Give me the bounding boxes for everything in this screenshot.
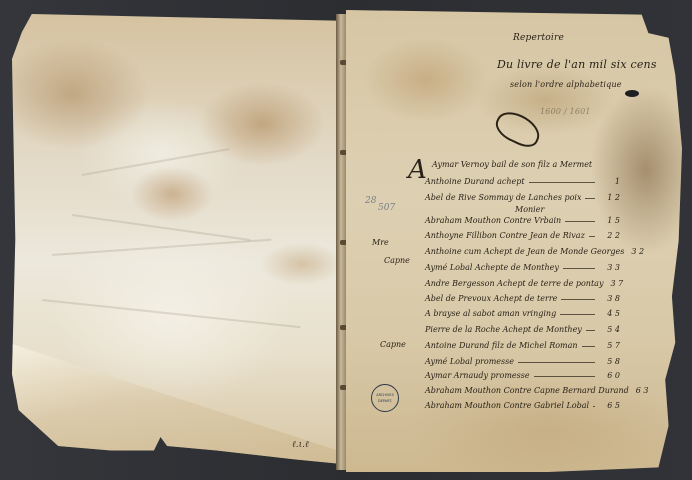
- crease: [52, 239, 272, 256]
- crease: [42, 299, 301, 328]
- register-entry: Pierre de la Roche Achept de Monthey5 4: [425, 320, 620, 334]
- faint-year-marks: 1600 / 1601: [540, 107, 591, 116]
- margin-note: Mre: [372, 238, 389, 247]
- margin-note: Capne: [384, 256, 410, 265]
- register-entry: Aymar Arnaudy promesse6 0: [425, 366, 620, 380]
- crease: [72, 214, 251, 241]
- pencil-note: 507: [378, 203, 395, 213]
- heading-alphabetical-order: selon l'ordre alphabetique: [510, 80, 622, 89]
- crease: [82, 148, 230, 176]
- pen-marks: ℓ.ι.ℓ: [292, 439, 309, 450]
- register-entry: Abraham Mouthon Contre Gabriel Lobal6 5: [425, 396, 620, 410]
- margin-note: Capne: [380, 340, 406, 349]
- left-page: ℓ.ι.ℓ: [12, 14, 342, 464]
- register-entry: Anthoine Durand achept1: [425, 172, 620, 186]
- register-entry: Abel de Prevoux Achept de terre3 8: [425, 289, 620, 303]
- register-entry: Andre Bergesson Achept de terre de ponta…: [425, 274, 620, 288]
- heading-repertoire: Repertoire: [513, 33, 564, 43]
- decorated-initial: A: [408, 155, 427, 185]
- register-entry: Anthoyne Fillibon Contre Jean de Rivaz2 …: [425, 226, 620, 240]
- register-entry: Abraham Mouthon Contre Capne Bernard Dur…: [425, 381, 620, 395]
- page-hole: [625, 90, 639, 97]
- register-entry: Aymé Lobal promesse5 8: [425, 352, 620, 366]
- register-entry: Antoine Durand filz de Michel Roman5 7: [425, 336, 620, 350]
- register-entry: A brayse al sabot aman vringing4 5: [425, 304, 620, 318]
- register-entry: Aymé Lobal Achepte de Monthey3 3: [425, 258, 620, 272]
- pencil-note: 28: [365, 196, 376, 206]
- heading-book-year: Du livre de l'an mil six cens: [497, 58, 657, 71]
- register-entry: Anthoine cum Achept de Jean de Monde Geo…: [425, 242, 620, 256]
- register-entry: Aymar Vernoy bail de son filz a Mermet: [432, 155, 632, 169]
- archive-stamp: ARCHIVES DEPART.: [371, 384, 399, 412]
- register-entry: Abraham Mouthon Contre Vrbain1 5: [425, 211, 620, 225]
